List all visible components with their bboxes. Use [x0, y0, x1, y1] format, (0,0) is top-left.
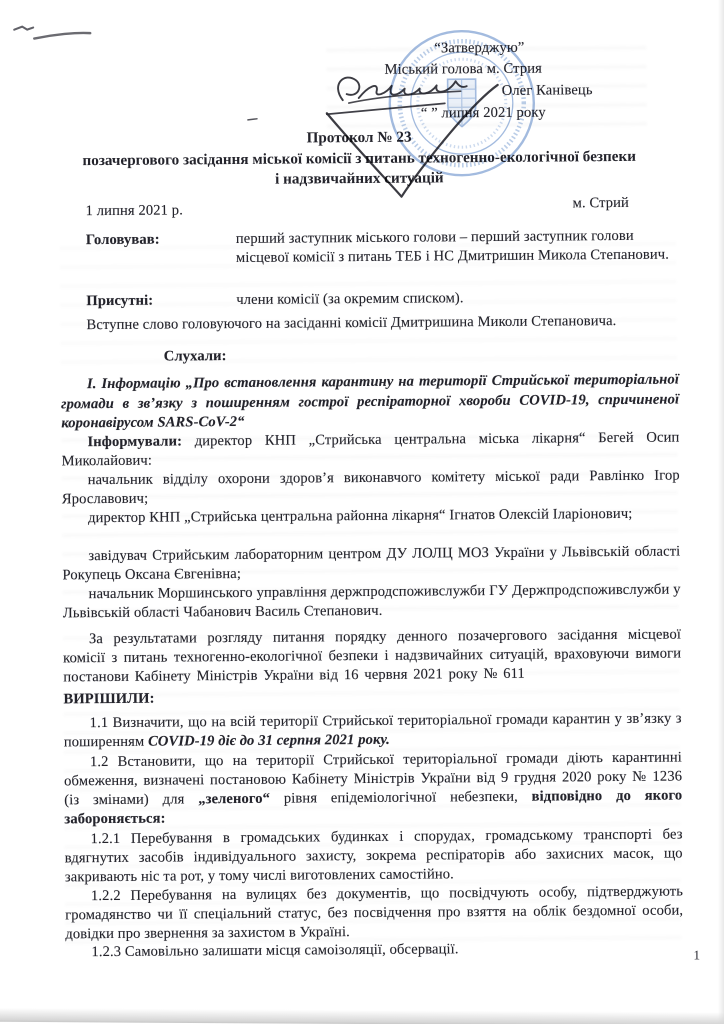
- heard-heading: Слухали:: [164, 347, 227, 366]
- item-1-2-text-2: рівня епідеміологічної небезпеки,: [270, 789, 532, 807]
- approval-name: Олег Канівець: [502, 81, 593, 101]
- approval-quote: “Затверджую”: [434, 39, 524, 59]
- chaired-value: перший заступник міського голови – перши…: [236, 227, 678, 268]
- resolution-item-1-2-2: 1.2.2 Перебування на вулицях без докумен…: [65, 882, 683, 944]
- present-label: Присутні:: [86, 291, 236, 311]
- meeting-place: м. Стрий: [573, 194, 630, 213]
- informer-item: директор КНП „Стрийська центральна район…: [62, 505, 680, 529]
- approval-role: Міський голова м. Стрия: [384, 60, 542, 80]
- resolution-item-1-1: 1.1 Визначити, що на всій території Стри…: [64, 709, 682, 752]
- page-number: 1: [693, 945, 700, 964]
- approval-date: “ ” липня 2021 року: [421, 104, 546, 124]
- scanned-document-page: { "document": { "approval": { "quote_tit…: [0, 0, 724, 1024]
- resolution-item-1-2-1: 1.2.1 Перебування в громадських будинках…: [64, 825, 682, 887]
- meeting-date: 1 липня 2021 р.: [86, 201, 183, 221]
- resolution-item-1-2-3: 1.2.3 Самовільно залишати місця самоізол…: [65, 938, 683, 962]
- informed-paragraph: Інформували: директор КНП „Стрийська цен…: [61, 429, 679, 472]
- informer-item: завідувач Стрийським лабораторним центро…: [62, 543, 680, 586]
- present-value: члени комісії (за окремим списком).: [236, 288, 678, 310]
- resolved-heading: ВИРІШИЛИ:: [63, 690, 154, 710]
- item-1-2-bold-1: „зеленого“: [198, 791, 270, 808]
- document-title: Протокол № 23 позачергового засідання мі…: [49, 126, 669, 193]
- resolution-item-1-2: 1.2 Встановити, що на території Стрийськ…: [64, 748, 683, 829]
- item-1-1-emphasis: COVID-19 діє до 31 серпня 2021 року.: [148, 732, 390, 750]
- scan-edge: [718, 0, 724, 1024]
- agenda-item-1: І. Інформацію „Про встановлення карантин…: [61, 371, 679, 434]
- chaired-label: Головував:: [86, 230, 236, 269]
- chaired-row: Головував: перший заступник міського гол…: [86, 227, 678, 270]
- informed-label: Інформували:: [87, 433, 182, 450]
- informer-item: начальник Моршинського управління держпр…: [63, 581, 681, 624]
- intro-paragraph: Вступне слово головуючого на засіданні к…: [86, 311, 686, 335]
- present-row: Присутні: члени комісії (за окремим спис…: [86, 288, 678, 312]
- informer-item: начальник відділу охорони здоров’я викон…: [62, 467, 680, 510]
- resolution-intro: За результатами розгляду питання порядку…: [63, 625, 681, 687]
- document-sheet: “Затверджую” Міський голова м. Стрия Оле…: [0, 0, 724, 1024]
